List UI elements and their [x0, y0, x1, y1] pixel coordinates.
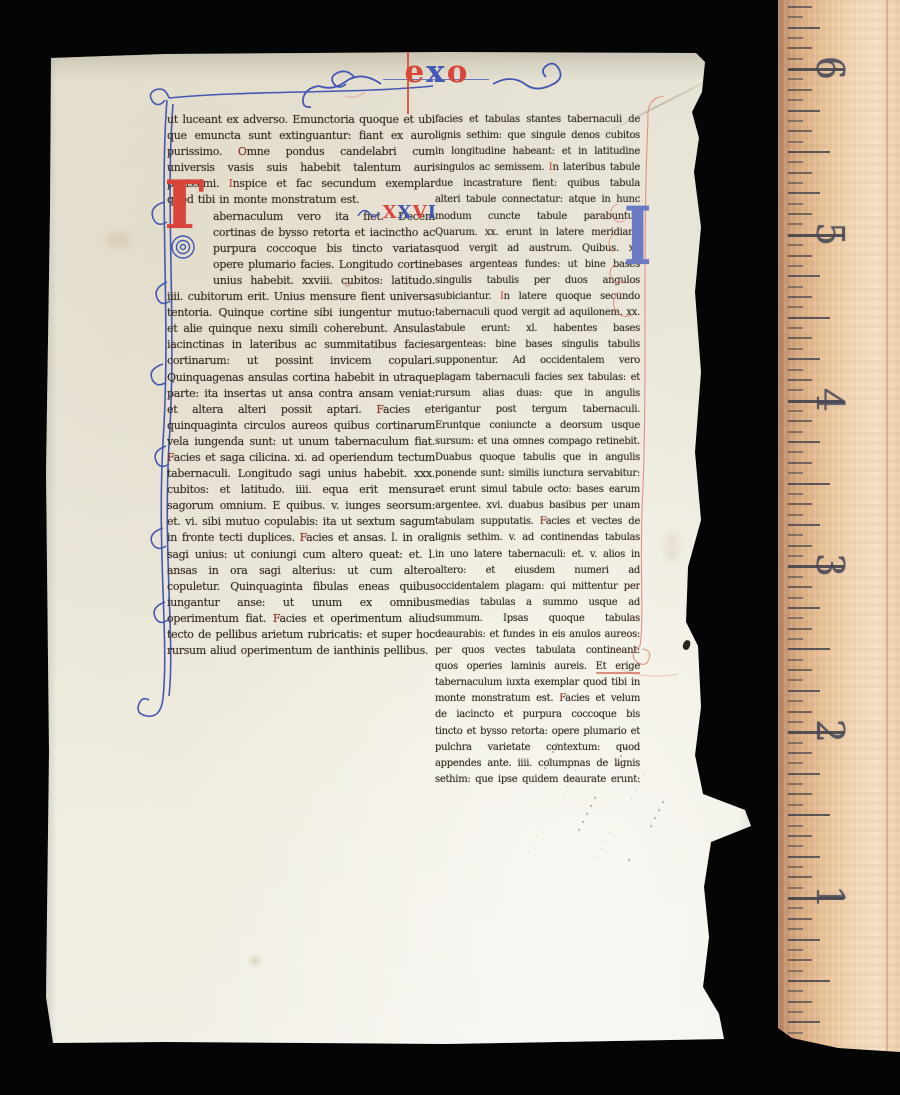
numeral-letter: X	[383, 202, 398, 223]
header-letter: o	[447, 50, 470, 94]
speck	[654, 817, 656, 819]
ruler-tick	[788, 773, 820, 775]
ruler-tick	[788, 317, 830, 319]
header-flourish-left	[295, 58, 383, 110]
ruler-tick	[788, 130, 812, 132]
chapter-numeral: XXVI	[295, 202, 437, 226]
ruler-tick	[788, 524, 820, 526]
stain	[345, 282, 350, 287]
ruler-tick	[788, 980, 830, 982]
ruler-tick	[788, 6, 812, 8]
speck	[533, 844, 534, 845]
speck	[529, 852, 530, 853]
chapter-initial-letter: T	[167, 197, 204, 213]
ruler-tick	[788, 369, 803, 371]
ruler-number: 5	[808, 212, 852, 256]
ruler-tick	[788, 804, 803, 806]
ruler-tick	[788, 120, 803, 122]
speck	[631, 798, 632, 799]
ruler-tick	[788, 721, 803, 723]
manuscript-leaf: exo ut luceant ex adverso. Emunctoria qu…	[45, 52, 757, 1045]
ruler-tick	[788, 856, 820, 858]
ruler-tick	[788, 814, 830, 816]
speck	[563, 794, 564, 795]
ruler-number: 3	[808, 543, 852, 587]
speck	[639, 782, 640, 783]
header-letter: x	[426, 50, 446, 94]
speck	[590, 805, 592, 807]
speck	[544, 767, 546, 769]
speck	[594, 797, 596, 799]
ruler-tick	[788, 1021, 820, 1023]
ruler-tick	[788, 597, 803, 599]
ruler-tick	[788, 203, 803, 205]
ruler-tick	[788, 296, 812, 298]
header-flourish-right	[491, 62, 571, 108]
speck	[537, 836, 538, 837]
left-column-intro-text: ut luceant ex adverso. Emunctoria quoque…	[167, 112, 435, 209]
numeral-letter: X	[398, 202, 413, 223]
ruler-tick	[788, 628, 812, 630]
ink-spot	[682, 639, 691, 650]
speck	[609, 832, 610, 833]
ruler-tick	[788, 275, 820, 277]
manuscript-photograph: exo ut luceant ex adverso. Emunctoria qu…	[0, 0, 900, 1095]
speck	[616, 763, 618, 765]
ruler-tick	[788, 939, 820, 941]
ruler-tick	[788, 690, 820, 692]
ruler-tick	[788, 793, 812, 795]
ruler-tick	[788, 493, 803, 495]
speck	[571, 778, 572, 779]
speck	[597, 856, 598, 857]
ruler-tick	[788, 265, 803, 267]
left-column-chapter-text: abernaculum vero ita fiet. Decem cortina…	[167, 210, 435, 658]
speck	[548, 759, 550, 761]
ruler-tick	[788, 78, 803, 80]
speck	[575, 770, 576, 771]
ruler-tick	[788, 192, 820, 194]
ruler-tick	[788, 1011, 803, 1013]
ruler-tick	[788, 845, 803, 847]
ruler-tick	[788, 286, 803, 288]
stain	[105, 232, 131, 248]
ruler-tick	[788, 441, 820, 443]
ruler-tick	[788, 503, 812, 505]
speck	[567, 786, 568, 787]
stain	[665, 532, 679, 562]
ruler-tick	[788, 16, 803, 18]
wooden-ruler: 654321	[778, 0, 900, 1062]
ruler-tick	[788, 679, 803, 681]
parchment-crease	[593, 70, 728, 140]
speck	[624, 747, 626, 749]
numeral-flourish	[356, 206, 380, 220]
ruler-tick	[788, 970, 803, 972]
ruler-tick	[788, 990, 803, 992]
ruler-tick	[788, 306, 803, 308]
ruler-tick	[788, 959, 812, 961]
ruler-tick	[788, 141, 803, 143]
speck	[578, 829, 580, 831]
wood-grain-line	[886, 0, 888, 1062]
ruler-tick	[788, 669, 812, 671]
ruler-tick	[788, 348, 803, 350]
ruler-tick	[788, 700, 803, 702]
ruler-tick	[788, 555, 803, 557]
ruler-tick	[788, 161, 803, 163]
speck	[605, 840, 606, 841]
speck	[582, 821, 584, 823]
stain	[250, 957, 260, 965]
ruler-tick	[788, 244, 803, 246]
speck	[658, 809, 660, 811]
ruler-tick	[788, 907, 803, 909]
ruler-number: 1	[808, 875, 852, 919]
ruler-number: 4	[808, 378, 852, 422]
speck	[525, 740, 526, 741]
ruler-tick	[788, 431, 803, 433]
ruler-tick	[788, 835, 812, 837]
ruler-tick	[788, 182, 803, 184]
right-column-text: facies et tabulas stantes tabernaculi de…	[435, 112, 640, 788]
ruler-tick	[788, 1001, 812, 1003]
ruler-number: 2	[808, 709, 852, 753]
speck	[643, 774, 644, 775]
ruler-tick	[788, 607, 820, 609]
ruler-tick	[788, 58, 803, 60]
ruler-tick	[788, 27, 820, 29]
ruler-tick	[788, 617, 803, 619]
ruler-tick	[788, 451, 803, 453]
ruler-tick	[788, 638, 803, 640]
ruler-tick	[788, 337, 812, 339]
ruler-tick	[788, 389, 803, 391]
speck	[620, 755, 622, 757]
ruler-tick	[788, 172, 812, 174]
speck	[552, 751, 554, 753]
speck	[586, 813, 588, 815]
speck	[556, 743, 558, 745]
chapter-initial: T	[167, 211, 207, 279]
speck	[635, 790, 636, 791]
ruler-tick	[788, 576, 803, 578]
speck	[628, 859, 630, 861]
ruler-tick	[788, 659, 803, 661]
ruler-tick	[788, 151, 830, 153]
ruler-tick	[788, 783, 803, 785]
ruler-tick	[788, 327, 803, 329]
ruler-tick	[788, 762, 803, 764]
speck	[650, 825, 652, 827]
ruler-tick	[788, 410, 803, 412]
ruler-tick	[788, 462, 812, 464]
header-red-guide-line	[407, 48, 409, 114]
ruler-tick	[788, 472, 803, 474]
ruler-tick	[788, 887, 803, 889]
ruler-tick	[788, 514, 803, 516]
ruler-tick	[788, 99, 803, 101]
ruler-tick	[788, 534, 803, 536]
ruler-number: 6	[808, 46, 852, 90]
header-word: exo	[383, 50, 491, 94]
ruler-tick	[788, 1032, 803, 1034]
ruler-tick	[788, 866, 803, 868]
ruler-tick	[788, 928, 803, 930]
speck	[662, 801, 664, 803]
margin-initial-letter: I	[624, 198, 652, 274]
speck	[601, 848, 602, 849]
speck	[541, 828, 542, 829]
ruler-tick	[788, 223, 803, 225]
ruler-tick	[788, 110, 820, 112]
ruler-tick	[788, 742, 803, 744]
ruler-tick	[788, 648, 830, 650]
chapter-numeral-letters: XXVI	[383, 202, 437, 223]
numeral-letter: V	[413, 202, 428, 223]
ruler-tick	[788, 483, 830, 485]
ruler-tick	[788, 358, 820, 360]
ruler-tick	[788, 949, 803, 951]
ruler-tick	[788, 825, 803, 827]
ruler-tick	[788, 37, 803, 39]
right-text-column: facies et tabulas stantes tabernaculi de…	[435, 112, 640, 788]
